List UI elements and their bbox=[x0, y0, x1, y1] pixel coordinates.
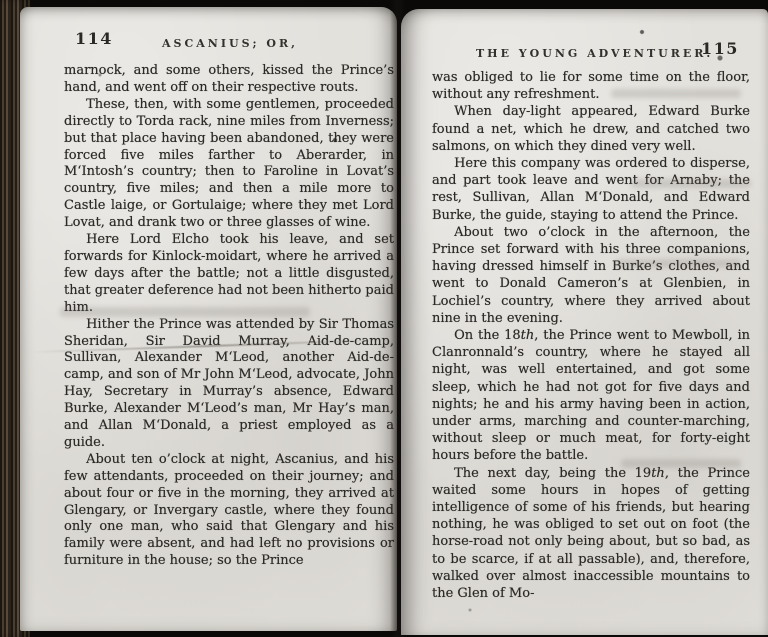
paragraph: About ten o’clock at night, Ascanius, an… bbox=[64, 452, 394, 570]
right-running-head: THE YOUNG ADVENTURER. bbox=[476, 47, 676, 60]
paragraph-text: The next day, being the 19 bbox=[454, 466, 651, 481]
right-page-body: was obliged to lie for some time on the … bbox=[432, 69, 750, 602]
paragraph-text: On the 18 bbox=[454, 328, 521, 343]
paragraph: The next day, being the 19th, the Prince… bbox=[432, 465, 750, 603]
page-left: 114 ASCANIUS; OR, marnock, and some othe… bbox=[20, 7, 397, 631]
paragraph: On the 18th, the Prince went to Mewboll,… bbox=[432, 327, 750, 465]
book-scan: 114 ASCANIUS; OR, marnock, and some othe… bbox=[0, 0, 768, 637]
left-page-number: 114 bbox=[75, 29, 113, 48]
paragraph-text: , the Prince waited some hours in hopes … bbox=[432, 466, 750, 601]
paragraph: About two o’clock in the afternoon, the … bbox=[432, 224, 750, 327]
paragraph: Hither the Prince was attended by Sir Th… bbox=[64, 317, 394, 452]
paragraph: was obliged to lie for some time on the … bbox=[432, 69, 750, 103]
paragraph: When day-light appeared, Edward Burke fo… bbox=[432, 103, 750, 155]
paragraph: marnock, and some others, kissed the Pri… bbox=[64, 63, 394, 97]
left-running-head: ASCANIUS; OR, bbox=[130, 37, 330, 50]
paragraph: Here this company was ordered to dispers… bbox=[432, 155, 750, 224]
paragraph: Here Lord Elcho took his leave, and set … bbox=[64, 232, 394, 317]
bleed-through-smudge bbox=[631, 179, 751, 188]
page-right: THE YOUNG ADVENTURER. 115 was obliged to… bbox=[401, 9, 768, 635]
paragraph-text: , the Prince went to Mewboll, in Clanron… bbox=[432, 328, 750, 463]
right-page-number: 115 bbox=[701, 39, 739, 58]
paragraph-text-italic: th bbox=[521, 328, 535, 343]
paragraph: These, then, with some gentlemen, procee… bbox=[64, 97, 394, 232]
bleed-through-smudge bbox=[611, 89, 741, 98]
bleed-through-smudge bbox=[621, 459, 741, 468]
bleed-through-smudge bbox=[616, 259, 741, 268]
bleed-through-smudge bbox=[60, 307, 310, 317]
